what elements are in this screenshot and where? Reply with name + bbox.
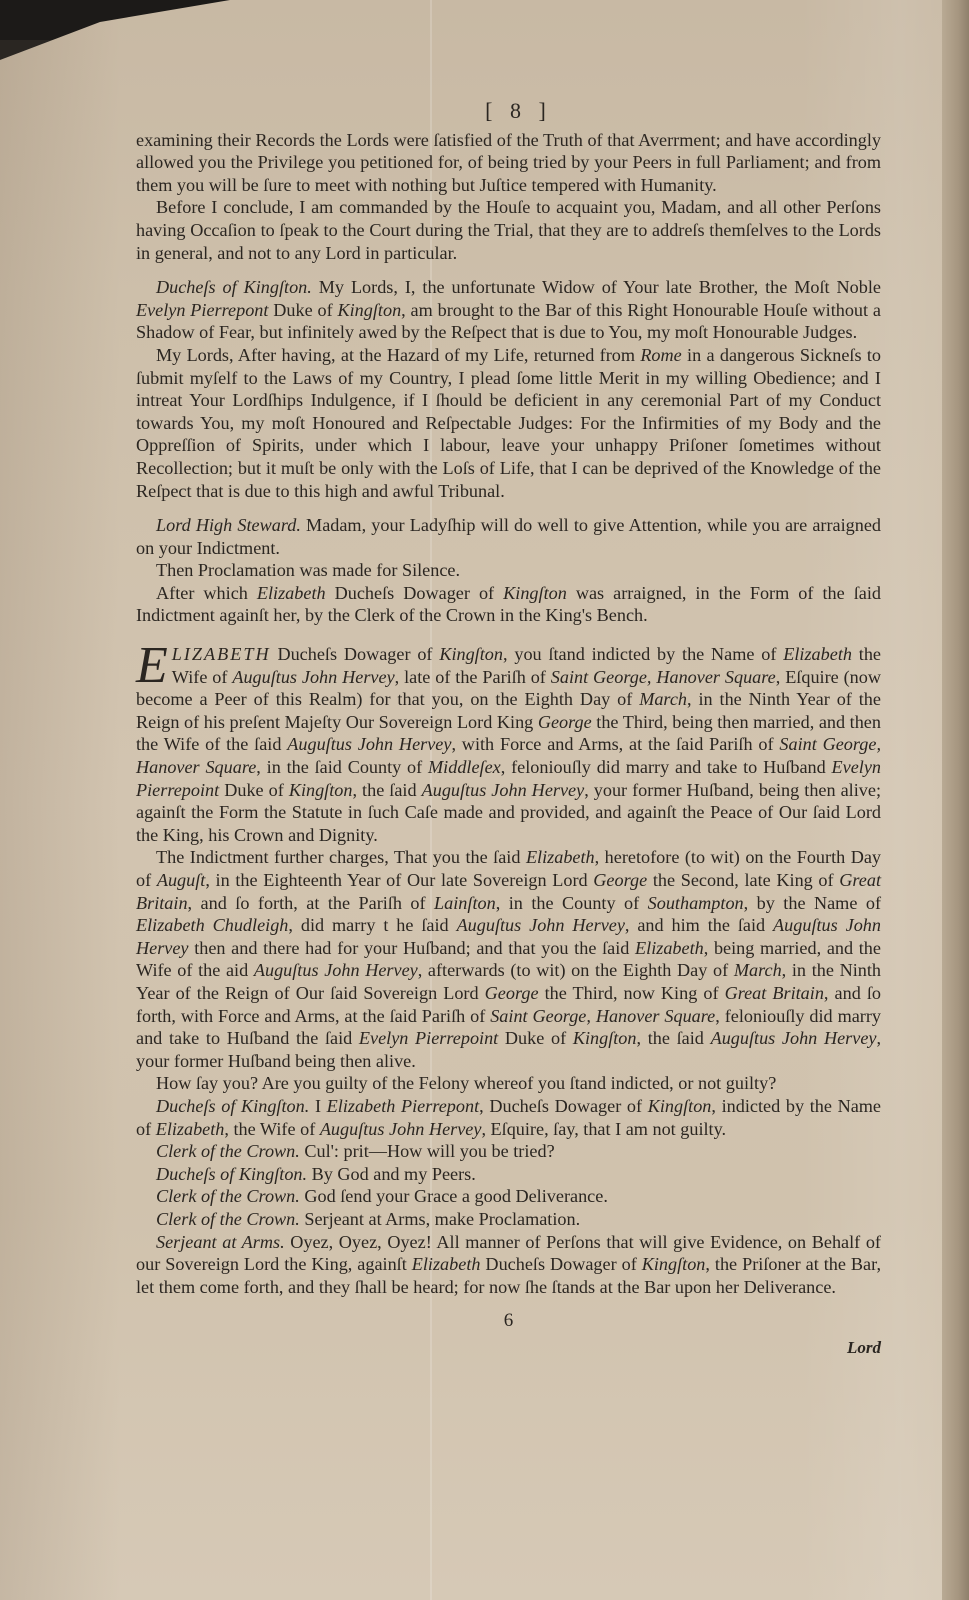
- speaker-label: Ducheſs of Kingſton.: [156, 1164, 307, 1184]
- italic-proper-noun: Elizabeth: [257, 583, 326, 603]
- paragraph-p6: Then Proclamation was made for Silence.: [136, 559, 881, 582]
- italic-proper-noun: George: [538, 712, 592, 732]
- text-run: Ducheſs Dowager of: [326, 583, 504, 603]
- text-run: , afterwards (to wit) on the Eighth Day …: [418, 960, 734, 980]
- text-run: , Ducheſs Dowager of: [479, 1096, 648, 1116]
- text-run: , did marry t he ſaid: [288, 915, 456, 935]
- italic-proper-noun: Lainſton: [434, 893, 496, 913]
- speaker-label: Lord High Steward.: [156, 515, 301, 535]
- italic-proper-noun: Auguſtus John Hervey: [711, 1028, 877, 1048]
- text-run: , with Force and Arms, at the ſaid Pariſ…: [451, 734, 779, 754]
- text-run: Serjeant at Arms, make Proclamation.: [300, 1209, 580, 1229]
- paragraph-p3: Ducheſs of Kingſton. My Lords, I, the un…: [136, 276, 881, 344]
- indictment-name: LIZABETH: [172, 644, 271, 664]
- text-run: , in the ſaid County of: [256, 757, 428, 777]
- italic-proper-noun: Auguſtus John Hervey: [457, 915, 625, 935]
- italic-proper-noun: Elizabeth: [783, 644, 852, 664]
- text-run: Duke of: [498, 1028, 573, 1048]
- italic-proper-noun: Auguſtus John Hervey: [254, 960, 418, 980]
- text-run: After which: [156, 583, 257, 603]
- text-run: Then Proclamation was made for Silence.: [156, 560, 460, 580]
- page-text-block: [ 8 ] examining their Records the Lords …: [136, 100, 881, 1359]
- italic-proper-noun: Auguſtus John Hervey: [320, 1119, 482, 1139]
- italic-proper-noun: March: [734, 960, 782, 980]
- italic-proper-noun: Elizabeth Pierrepont: [327, 1096, 479, 1116]
- paragraph-p16: Serjeant at Arms. Oyez, Oyez, Oyez! All …: [136, 1231, 881, 1299]
- text-run: Ducheſs Dowager of: [271, 644, 440, 664]
- paragraph-p10: How ſay you? Are you guilty of the Felon…: [136, 1072, 881, 1095]
- text-run: in a dangerous Sickneſs to ſubmit myſelf…: [136, 345, 881, 501]
- text-run: , feloniouſly did marry and take to Huſb…: [501, 757, 832, 777]
- italic-proper-noun: Kingſton: [648, 1096, 712, 1116]
- body-paragraphs: examining their Records the Lords were ſ…: [136, 129, 881, 1299]
- italic-proper-noun: Kingſton: [503, 583, 567, 603]
- text-run: My Lords, I, the unfortunate Widow of Yo…: [312, 277, 881, 297]
- text-run: I: [309, 1096, 326, 1116]
- text-run: , late of the Pariſh of: [395, 667, 551, 687]
- drop-cap: E: [136, 645, 168, 687]
- italic-proper-noun: Southampton: [648, 893, 744, 913]
- italic-proper-noun: Kingſton: [439, 644, 503, 664]
- paragraph-p5: Lord High Steward. Madam, your Ladyſhip …: [136, 514, 881, 559]
- paragraph-p4: My Lords, After having, at the Hazard of…: [136, 344, 881, 502]
- text-run: the Third, now King of: [539, 983, 725, 1003]
- speaker-label: Serjeant at Arms.: [156, 1232, 285, 1252]
- italic-proper-noun: Elizabeth: [635, 938, 704, 958]
- paragraph-p8: ELIZABETH Ducheſs Dowager of Kingſton, y…: [136, 643, 881, 846]
- italic-proper-noun: Kingſton: [642, 1254, 706, 1274]
- italic-proper-noun: Elizabeth: [526, 847, 595, 867]
- text-run: , by the Name of: [744, 893, 881, 913]
- italic-proper-noun: Evelyn Pierrepoint: [359, 1028, 498, 1048]
- text-run: , and ſo forth, at the Pariſh of: [188, 893, 435, 913]
- paragraph-p13: Ducheſs of Kingſton. By God and my Peers…: [136, 1163, 881, 1186]
- italic-proper-noun: Saint George, Hanover Square: [490, 1006, 715, 1026]
- italic-proper-noun: Rome: [640, 345, 681, 365]
- italic-proper-noun: Kingſton: [289, 780, 353, 800]
- italic-proper-noun: Elizabeth: [156, 1119, 225, 1139]
- paragraph-p1: examining their Records the Lords were ſ…: [136, 129, 881, 197]
- text-run: , the Wife of: [224, 1119, 319, 1139]
- italic-proper-noun: Elizabeth Chudleigh: [136, 915, 288, 935]
- paragraph-p14: Clerk of the Crown. God ſend your Grace …: [136, 1185, 881, 1208]
- adjacent-page-edge: [942, 0, 969, 1600]
- speaker-label: Ducheſs of Kingſton.: [156, 277, 312, 297]
- italic-proper-noun: Auguſtus John Hervey: [422, 780, 585, 800]
- speaker-label: Ducheſs of Kingſton.: [156, 1096, 309, 1116]
- italic-proper-noun: Evelyn Pierrepont: [136, 300, 268, 320]
- italic-proper-noun: Kingſton: [573, 1028, 637, 1048]
- text-run: , you ſtand indicted by the Name of: [503, 644, 783, 664]
- text-run: , in the County of: [496, 893, 648, 913]
- speaker-label: Clerk of the Crown.: [156, 1141, 300, 1161]
- italic-proper-noun: George: [593, 870, 647, 890]
- speaker-label: Clerk of the Crown.: [156, 1186, 300, 1206]
- italic-proper-noun: Kingſton: [338, 300, 402, 320]
- text-run: Duke of: [268, 300, 337, 320]
- italic-proper-noun: Auguſtus John Hervey: [287, 734, 451, 754]
- italic-proper-noun: Middleſex: [428, 757, 501, 777]
- italic-proper-noun: Great Britain: [725, 983, 824, 1003]
- italic-proper-noun: George: [485, 983, 539, 1003]
- text-run: then and there had for your Huſband; and…: [189, 938, 636, 958]
- paragraph-p9: The Indictment further charges, That you…: [136, 846, 881, 1072]
- paragraph-p15: Clerk of the Crown. Serjeant at Arms, ma…: [136, 1208, 881, 1231]
- signature-mark: 6: [136, 1310, 881, 1333]
- text-run: Cul': prit—How will you be tried?: [300, 1141, 555, 1161]
- catchword: Lord: [136, 1337, 881, 1360]
- text-run: Duke of: [219, 780, 289, 800]
- paragraph-gap: [136, 502, 881, 514]
- paragraph-p11: Ducheſs of Kingſton. I Elizabeth Pierrep…: [136, 1095, 881, 1140]
- italic-proper-noun: Auguſt: [157, 870, 206, 890]
- paragraph-gap: [136, 264, 881, 276]
- italic-proper-noun: Saint George, Hanover Square: [551, 667, 776, 687]
- text-run: My Lords, After having, at the Hazard of…: [156, 345, 640, 365]
- text-run: , Eſquire, ſay, that I am not guilty.: [481, 1119, 726, 1139]
- paragraph-p2: Before I conclude, I am commanded by the…: [136, 196, 881, 264]
- text-run: How ſay you? Are you guilty of the Felon…: [156, 1073, 776, 1093]
- italic-proper-noun: Elizabeth: [412, 1254, 481, 1274]
- text-run: Before I conclude, I am commanded by the…: [136, 197, 881, 262]
- paragraph-p12: Clerk of the Crown. Cul': prit—How will …: [136, 1140, 881, 1163]
- page-header-number: [ 8 ]: [136, 100, 881, 123]
- text-run: The Indictment further charges, That you…: [156, 847, 526, 867]
- text-run: , the ſaid: [352, 780, 421, 800]
- text-run: , and him the ſaid: [625, 915, 773, 935]
- text-run: God ſend your Grace a good Deliverance.: [300, 1186, 608, 1206]
- italic-proper-noun: Auguſtus John Hervey: [232, 667, 394, 687]
- text-run: examining their Records the Lords were ſ…: [136, 130, 881, 195]
- paragraph-p7: After which Elizabeth Ducheſs Dowager of…: [136, 582, 881, 627]
- text-run: the Second, late King of: [647, 870, 839, 890]
- text-run: By God and my Peers.: [307, 1164, 476, 1184]
- text-run: , in the Eighteenth Year of Our late Sov…: [205, 870, 593, 890]
- italic-proper-noun: March: [639, 689, 687, 709]
- text-run: , the ſaid: [637, 1028, 711, 1048]
- speaker-label: Clerk of the Crown.: [156, 1209, 300, 1229]
- text-run: Ducheſs Dowager of: [480, 1254, 641, 1274]
- paragraph-gap: [136, 627, 881, 643]
